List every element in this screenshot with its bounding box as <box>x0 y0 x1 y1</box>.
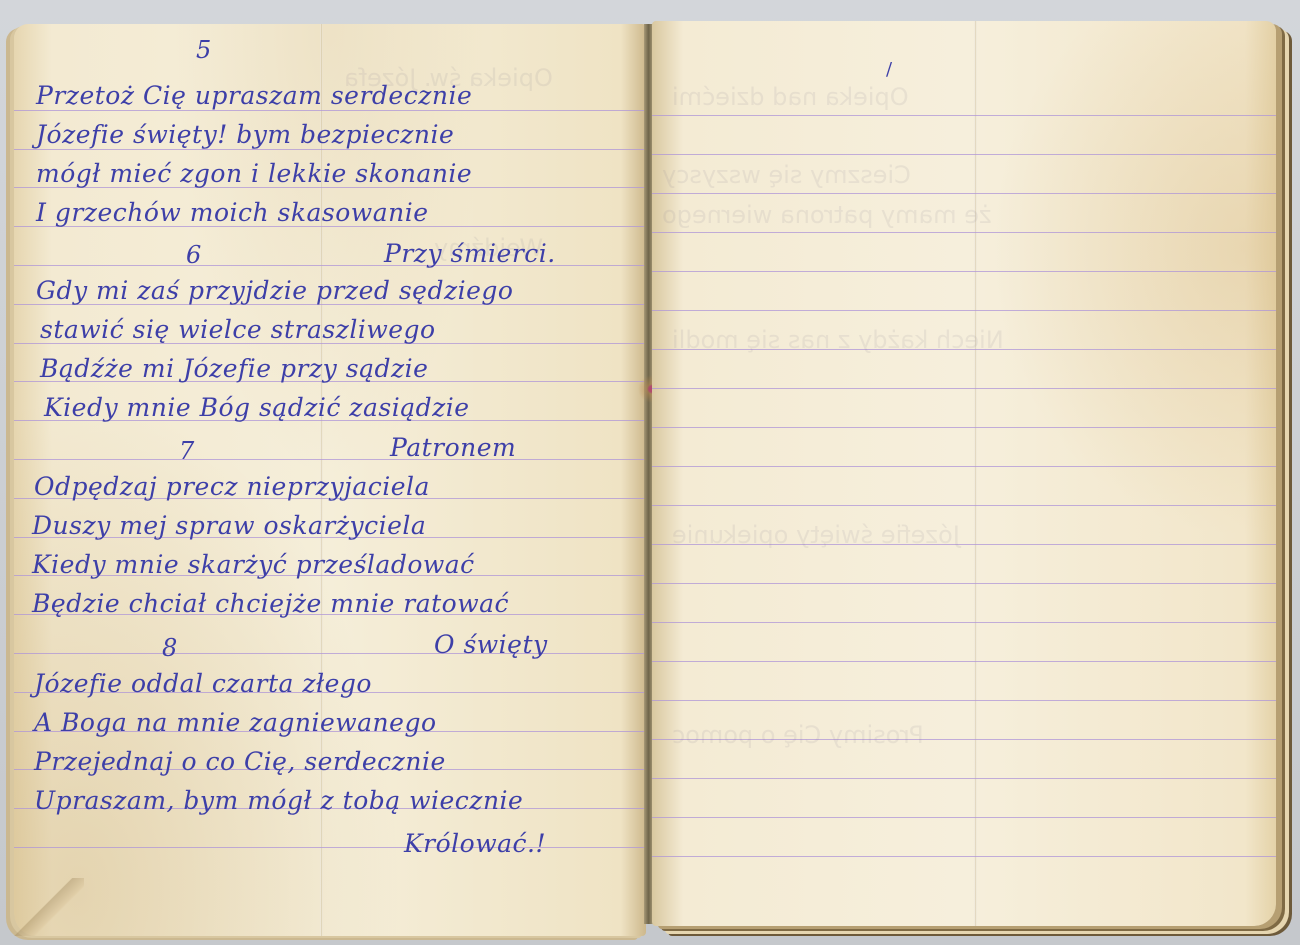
ruled-line <box>652 583 1276 584</box>
bleed-through-text: Józefie święty opiekunie <box>672 521 960 549</box>
ruled-line <box>652 661 1276 662</box>
verse-line: Upraszam, bym mógł z tobą wiecznie <box>34 786 523 815</box>
verse-line: Józefie oddal czarta złego <box>34 669 372 698</box>
ruled-line <box>14 847 646 848</box>
ruled-line <box>652 505 1276 506</box>
ruled-line <box>14 459 646 460</box>
ruled-line <box>652 154 1276 155</box>
ruled-line <box>652 466 1276 467</box>
stanza-heading: O święty <box>434 630 548 659</box>
verse-line: Przetoż Cię upraszam serdecznie <box>36 81 472 110</box>
verse-line: Przejednaj o co Cię, serdecznie <box>34 747 446 776</box>
ruled-line <box>14 110 646 111</box>
pen-mark: / <box>886 59 892 80</box>
stanza-heading: Przy śmierci. <box>384 239 556 268</box>
closing-word: Królować.! <box>404 829 546 858</box>
dog-eared-corner <box>14 878 84 936</box>
ruled-line <box>652 271 1276 272</box>
bleed-through-text: że mamy patrona wiernego <box>662 201 992 229</box>
stanza-number: 8 <box>162 634 178 662</box>
ruled-line <box>652 778 1276 779</box>
ruled-line <box>652 622 1276 623</box>
ruled-line <box>14 149 646 150</box>
ruled-line <box>652 232 1276 233</box>
bleed-through-text: Prosimy Cię o pomoc <box>672 721 924 749</box>
page-fold-line <box>974 21 977 926</box>
bleed-through-text: Opieka nad dziećmi <box>672 83 909 111</box>
left-page: Opieka św. Józefa Wejdźmy 5 Przetoż Cię … <box>14 24 646 936</box>
ruled-line <box>652 193 1276 194</box>
ruled-line <box>652 115 1276 116</box>
verse-line: Odpędzaj precz nieprzyjaciela <box>34 472 430 501</box>
verse-line: stawić się wielce straszliwego <box>40 315 436 344</box>
stanza-number: 7 <box>179 437 195 465</box>
right-page: Opieka nad dziećmi Cieszmy się wszyscy ż… <box>652 21 1276 926</box>
ruled-line <box>652 856 1276 857</box>
bleed-through-text: Cieszmy się wszyscy <box>662 161 911 189</box>
verse-line: Kiedy mnie Bóg sądzić zasiądzie <box>44 393 470 422</box>
ruled-line <box>652 388 1276 389</box>
ruled-line <box>652 817 1276 818</box>
ruled-line <box>652 310 1276 311</box>
verse-line: Bądźże mi Józefie przy sądzie <box>40 354 428 383</box>
verse-line: A Boga na mnie zagniewanego <box>34 708 437 737</box>
stanza-heading: Patronem <box>390 433 516 462</box>
verse-line: Gdy mi zaś przyjdzie przed sędziego <box>36 276 513 305</box>
ruled-line <box>652 700 1276 701</box>
ruled-line <box>14 653 646 654</box>
ruled-line <box>652 427 1276 428</box>
verse-line: I grzechów moich skasowanie <box>36 198 429 227</box>
verse-line: mógł mieć zgon i lekkie skonanie <box>36 159 472 188</box>
bleed-through-text: Niech każdy z nas się modli <box>672 326 1004 354</box>
verse-line: Kiedy mnie skarżyć prześladować <box>32 550 475 579</box>
stanza-number: 6 <box>186 241 202 269</box>
stanza-number: 5 <box>196 36 212 64</box>
verse-line: Józefie święty! bym bezpiecznie <box>36 120 454 149</box>
verse-line: Będzie chciał chciejże mnie ratować <box>32 589 509 618</box>
verse-line: Duszy mej spraw oskarżyciela <box>32 511 426 540</box>
